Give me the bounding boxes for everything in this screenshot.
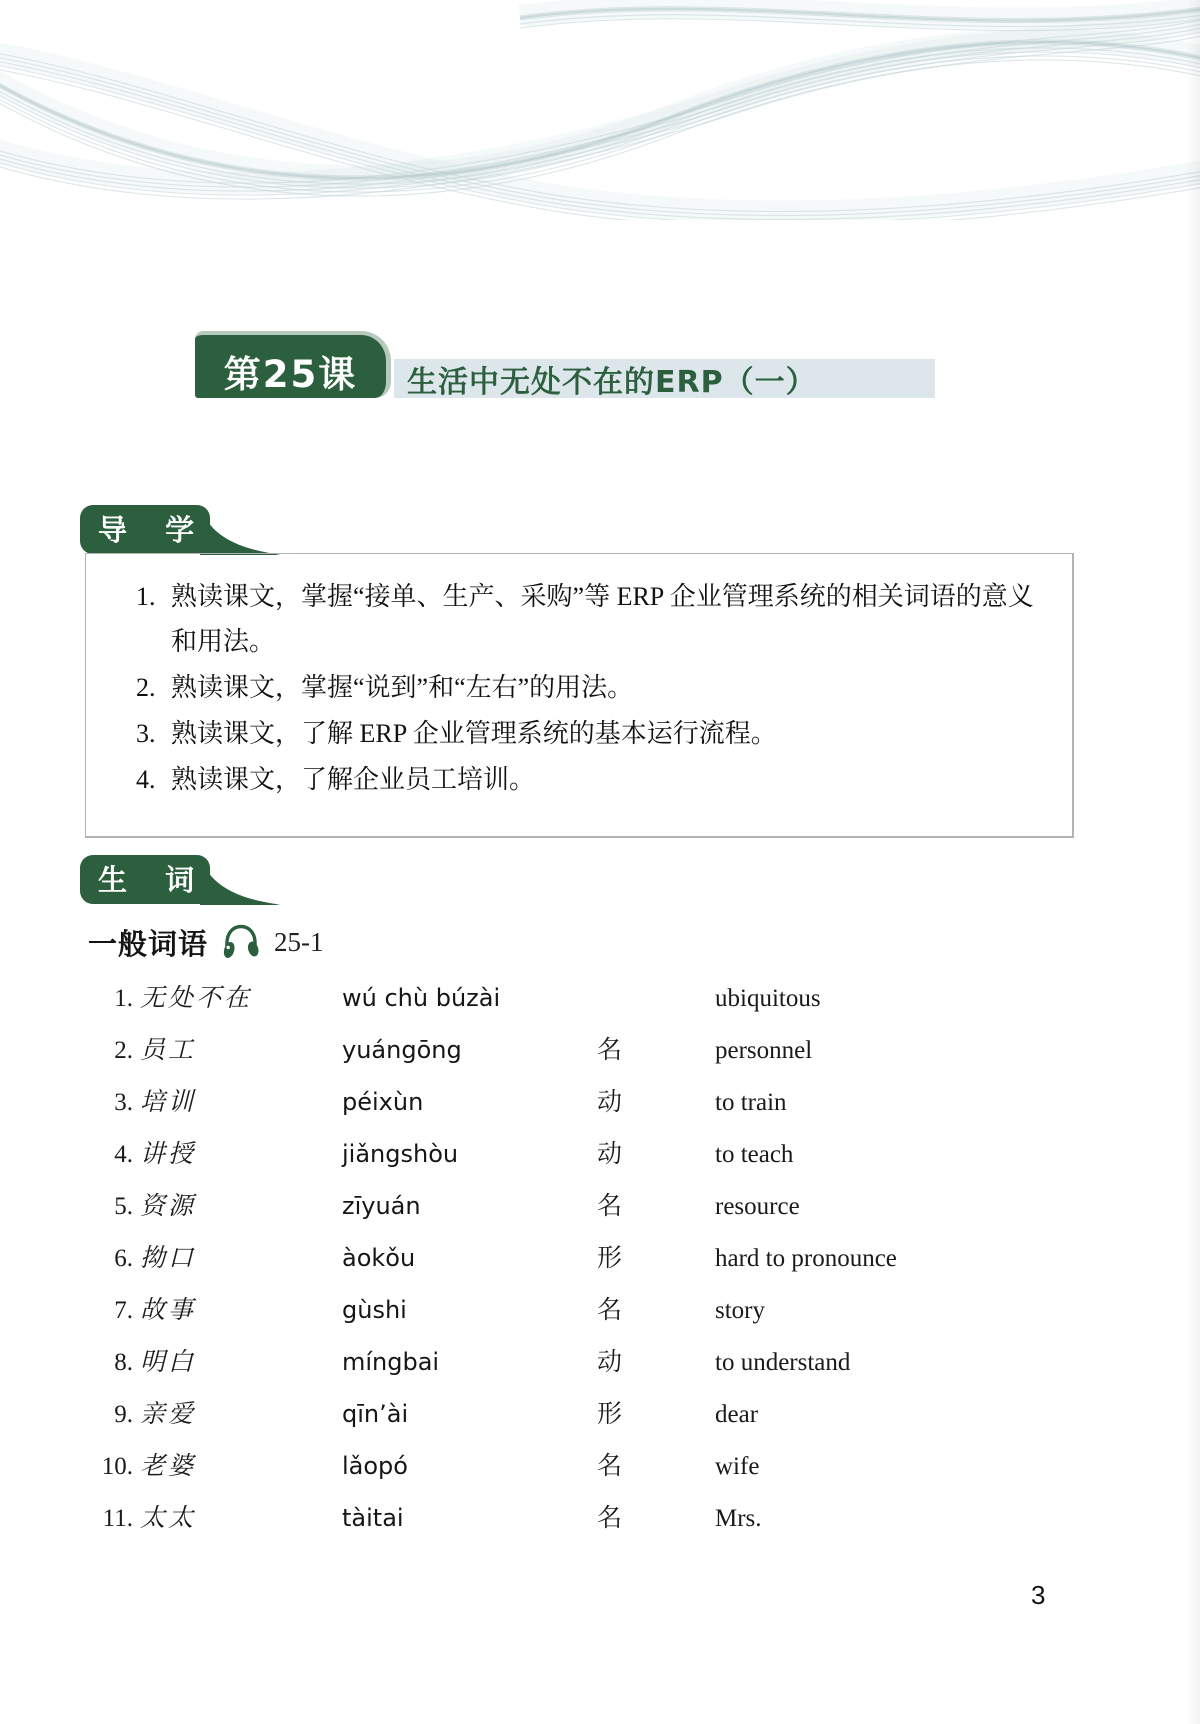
vocab-word-chinese: 明白: [140, 1342, 342, 1378]
vocab-row: 2. 员工 yuángōng 名 personnel: [95, 1030, 1105, 1082]
vocab-meaning-english: resource: [715, 1193, 1105, 1221]
vocab-row: 10. 老婆 lǎopó 名 wife: [95, 1446, 1105, 1498]
guide-section-badge: 导 学: [80, 505, 210, 554]
vocab-meaning-english: wife: [715, 1453, 1105, 1481]
vocab-row: 1. 无处不在 wú chù búzài ubiquitous: [95, 978, 1105, 1030]
guide-item-number: 1.: [136, 574, 156, 619]
guide-item-number: 3.: [136, 711, 156, 756]
vocab-part-of-speech: 名: [597, 1290, 715, 1326]
vocab-word-chinese: 培训: [140, 1082, 342, 1118]
vocab-pinyin: tàitai: [342, 1504, 597, 1532]
vocab-row: 7. 故事 gùshi 名 story: [95, 1290, 1105, 1342]
vocab-pinyin: jiǎngshòu: [342, 1140, 597, 1168]
vocab-part-of-speech: 名: [597, 1446, 715, 1482]
vocab-word-chinese: 资源: [140, 1186, 342, 1222]
vocab-number: 5.: [95, 1193, 140, 1221]
vocab-part-of-speech: 动: [597, 1342, 715, 1378]
guide-item-text: 熟读课文，掌握“说到”和“左右”的用法。: [171, 673, 633, 702]
badge-swoosh-tail: [200, 856, 280, 905]
vocab-meaning-english: to teach: [715, 1141, 1105, 1169]
vocab-number: 9.: [95, 1401, 140, 1429]
lesson-number-label: 第25课: [224, 344, 358, 398]
vocab-word-chinese: 无处不在: [140, 978, 342, 1014]
vocab-meaning-english: story: [715, 1297, 1105, 1325]
vocab-number: 10.: [95, 1453, 140, 1481]
vocab-part-of-speech: 形: [597, 1238, 715, 1274]
guide-item-text: 熟读课文，了解 ERP 企业管理系统的基本运行流程。: [171, 719, 777, 748]
vocab-meaning-english: ubiquitous: [715, 985, 1105, 1013]
vocab-table: 1. 无处不在 wú chù búzài ubiquitous 2. 员工 yu…: [95, 978, 1105, 1550]
vocab-word-chinese: 员工: [140, 1030, 342, 1066]
guide-badge-label: 导 学: [98, 508, 208, 549]
vocab-pinyin: wú chù búzài: [342, 984, 597, 1012]
vocab-row: 11. 太太 tàitai 名 Mrs.: [95, 1498, 1105, 1550]
guide-objective-item: 2. 熟读课文，掌握“说到”和“左右”的用法。: [136, 665, 1044, 710]
wave-pattern-graphic: [0, 0, 1200, 220]
vocab-meaning-english: personnel: [715, 1037, 1105, 1065]
vocab-word-chinese: 亲爱: [140, 1394, 342, 1430]
guide-objective-item: 3. 熟读课文，了解 ERP 企业管理系统的基本运行流程。: [136, 711, 1044, 756]
vocab-pinyin: qīn’ài: [342, 1400, 597, 1428]
badge-swoosh-tail: [200, 506, 280, 555]
vocab-row: 3. 培训 péixùn 动 to train: [95, 1082, 1105, 1134]
vocab-number: 8.: [95, 1349, 140, 1377]
vocab-part-of-speech: 名: [597, 1498, 715, 1534]
guide-item-number: 2.: [136, 665, 156, 710]
page-scan-edge: [1186, 0, 1200, 1724]
page-number: 3: [1031, 1580, 1045, 1611]
vocab-number: 6.: [95, 1245, 140, 1273]
vocab-meaning-english: Mrs.: [715, 1505, 1105, 1533]
vocab-subsection-header: 一般词语 25-1: [88, 922, 324, 962]
textbook-page: 生活中无处不在的ERP（一） 第25课 导 学 1. 熟读课文，掌握“接单、生产…: [0, 0, 1200, 1724]
vocab-pinyin: míngbai: [342, 1348, 597, 1376]
vocab-number: 11.: [95, 1505, 140, 1533]
vocab-badge-label: 生 词: [98, 858, 208, 899]
vocab-row: 4. 讲授 jiǎngshòu 动 to teach: [95, 1134, 1105, 1186]
guide-item-number: 4.: [136, 757, 156, 802]
vocab-pinyin: zīyuán: [342, 1192, 597, 1220]
vocab-part-of-speech: 名: [597, 1186, 715, 1222]
vocab-pinyin: àokǒu: [342, 1244, 597, 1272]
guide-item-text: 熟读课文，掌握“接单、生产、采购”等 ERP 企业管理系统的相关词语的意义和用法…: [171, 582, 1034, 656]
vocab-meaning-english: dear: [715, 1401, 1105, 1429]
vocab-word-chinese: 故事: [140, 1290, 342, 1326]
vocab-word-chinese: 拗口: [140, 1238, 342, 1274]
vocab-row: 8. 明白 míngbai 动 to understand: [95, 1342, 1105, 1394]
vocab-row: 9. 亲爱 qīn’ài 形 dear: [95, 1394, 1105, 1446]
vocab-pinyin: lǎopó: [342, 1452, 597, 1480]
guide-objectives-box: 1. 熟读课文，掌握“接单、生产、采购”等 ERP 企业管理系统的相关词语的意义…: [85, 553, 1074, 838]
audio-track-label: 25-1: [274, 927, 324, 958]
vocab-part-of-speech: 动: [597, 1134, 715, 1170]
vocab-number: 3.: [95, 1089, 140, 1117]
vocab-section-badge: 生 词: [80, 855, 210, 904]
vocab-word-chinese: 老婆: [140, 1446, 342, 1482]
vocab-number: 1.: [95, 985, 140, 1013]
vocab-meaning-english: to train: [715, 1089, 1105, 1117]
vocab-meaning-english: hard to pronounce: [715, 1245, 1105, 1273]
lesson-number-badge: 第25课: [195, 331, 391, 398]
headphones-icon: [221, 923, 261, 961]
vocab-number: 4.: [95, 1141, 140, 1169]
guide-objective-item: 1. 熟读课文，掌握“接单、生产、采购”等 ERP 企业管理系统的相关词语的意义…: [136, 574, 1044, 664]
vocab-word-chinese: 太太: [140, 1498, 342, 1534]
vocab-row: 6. 拗口 àokǒu 形 hard to pronounce: [95, 1238, 1105, 1290]
vocab-pinyin: gùshi: [342, 1296, 597, 1324]
vocab-number: 7.: [95, 1297, 140, 1325]
guide-item-text: 熟读课文，了解企业员工培训。: [171, 765, 535, 794]
lesson-title: 生活中无处不在的ERP（一）: [394, 357, 817, 401]
vocab-pinyin: yuángōng: [342, 1036, 597, 1064]
lesson-title-strip: 生活中无处不在的ERP（一）: [394, 359, 935, 398]
vocab-subsection-title: 一般词语: [88, 922, 208, 963]
vocab-pinyin: péixùn: [342, 1088, 597, 1116]
vocab-word-chinese: 讲授: [140, 1134, 342, 1170]
vocab-part-of-speech: 形: [597, 1394, 715, 1430]
guide-objective-item: 4. 熟读课文，了解企业员工培训。: [136, 757, 1044, 802]
vocab-number: 2.: [95, 1037, 140, 1065]
vocab-meaning-english: to understand: [715, 1349, 1105, 1377]
vocab-row: 5. 资源 zīyuán 名 resource: [95, 1186, 1105, 1238]
top-wave-decoration: [0, 0, 1200, 220]
vocab-part-of-speech: 动: [597, 1082, 715, 1118]
vocab-part-of-speech: 名: [597, 1030, 715, 1066]
